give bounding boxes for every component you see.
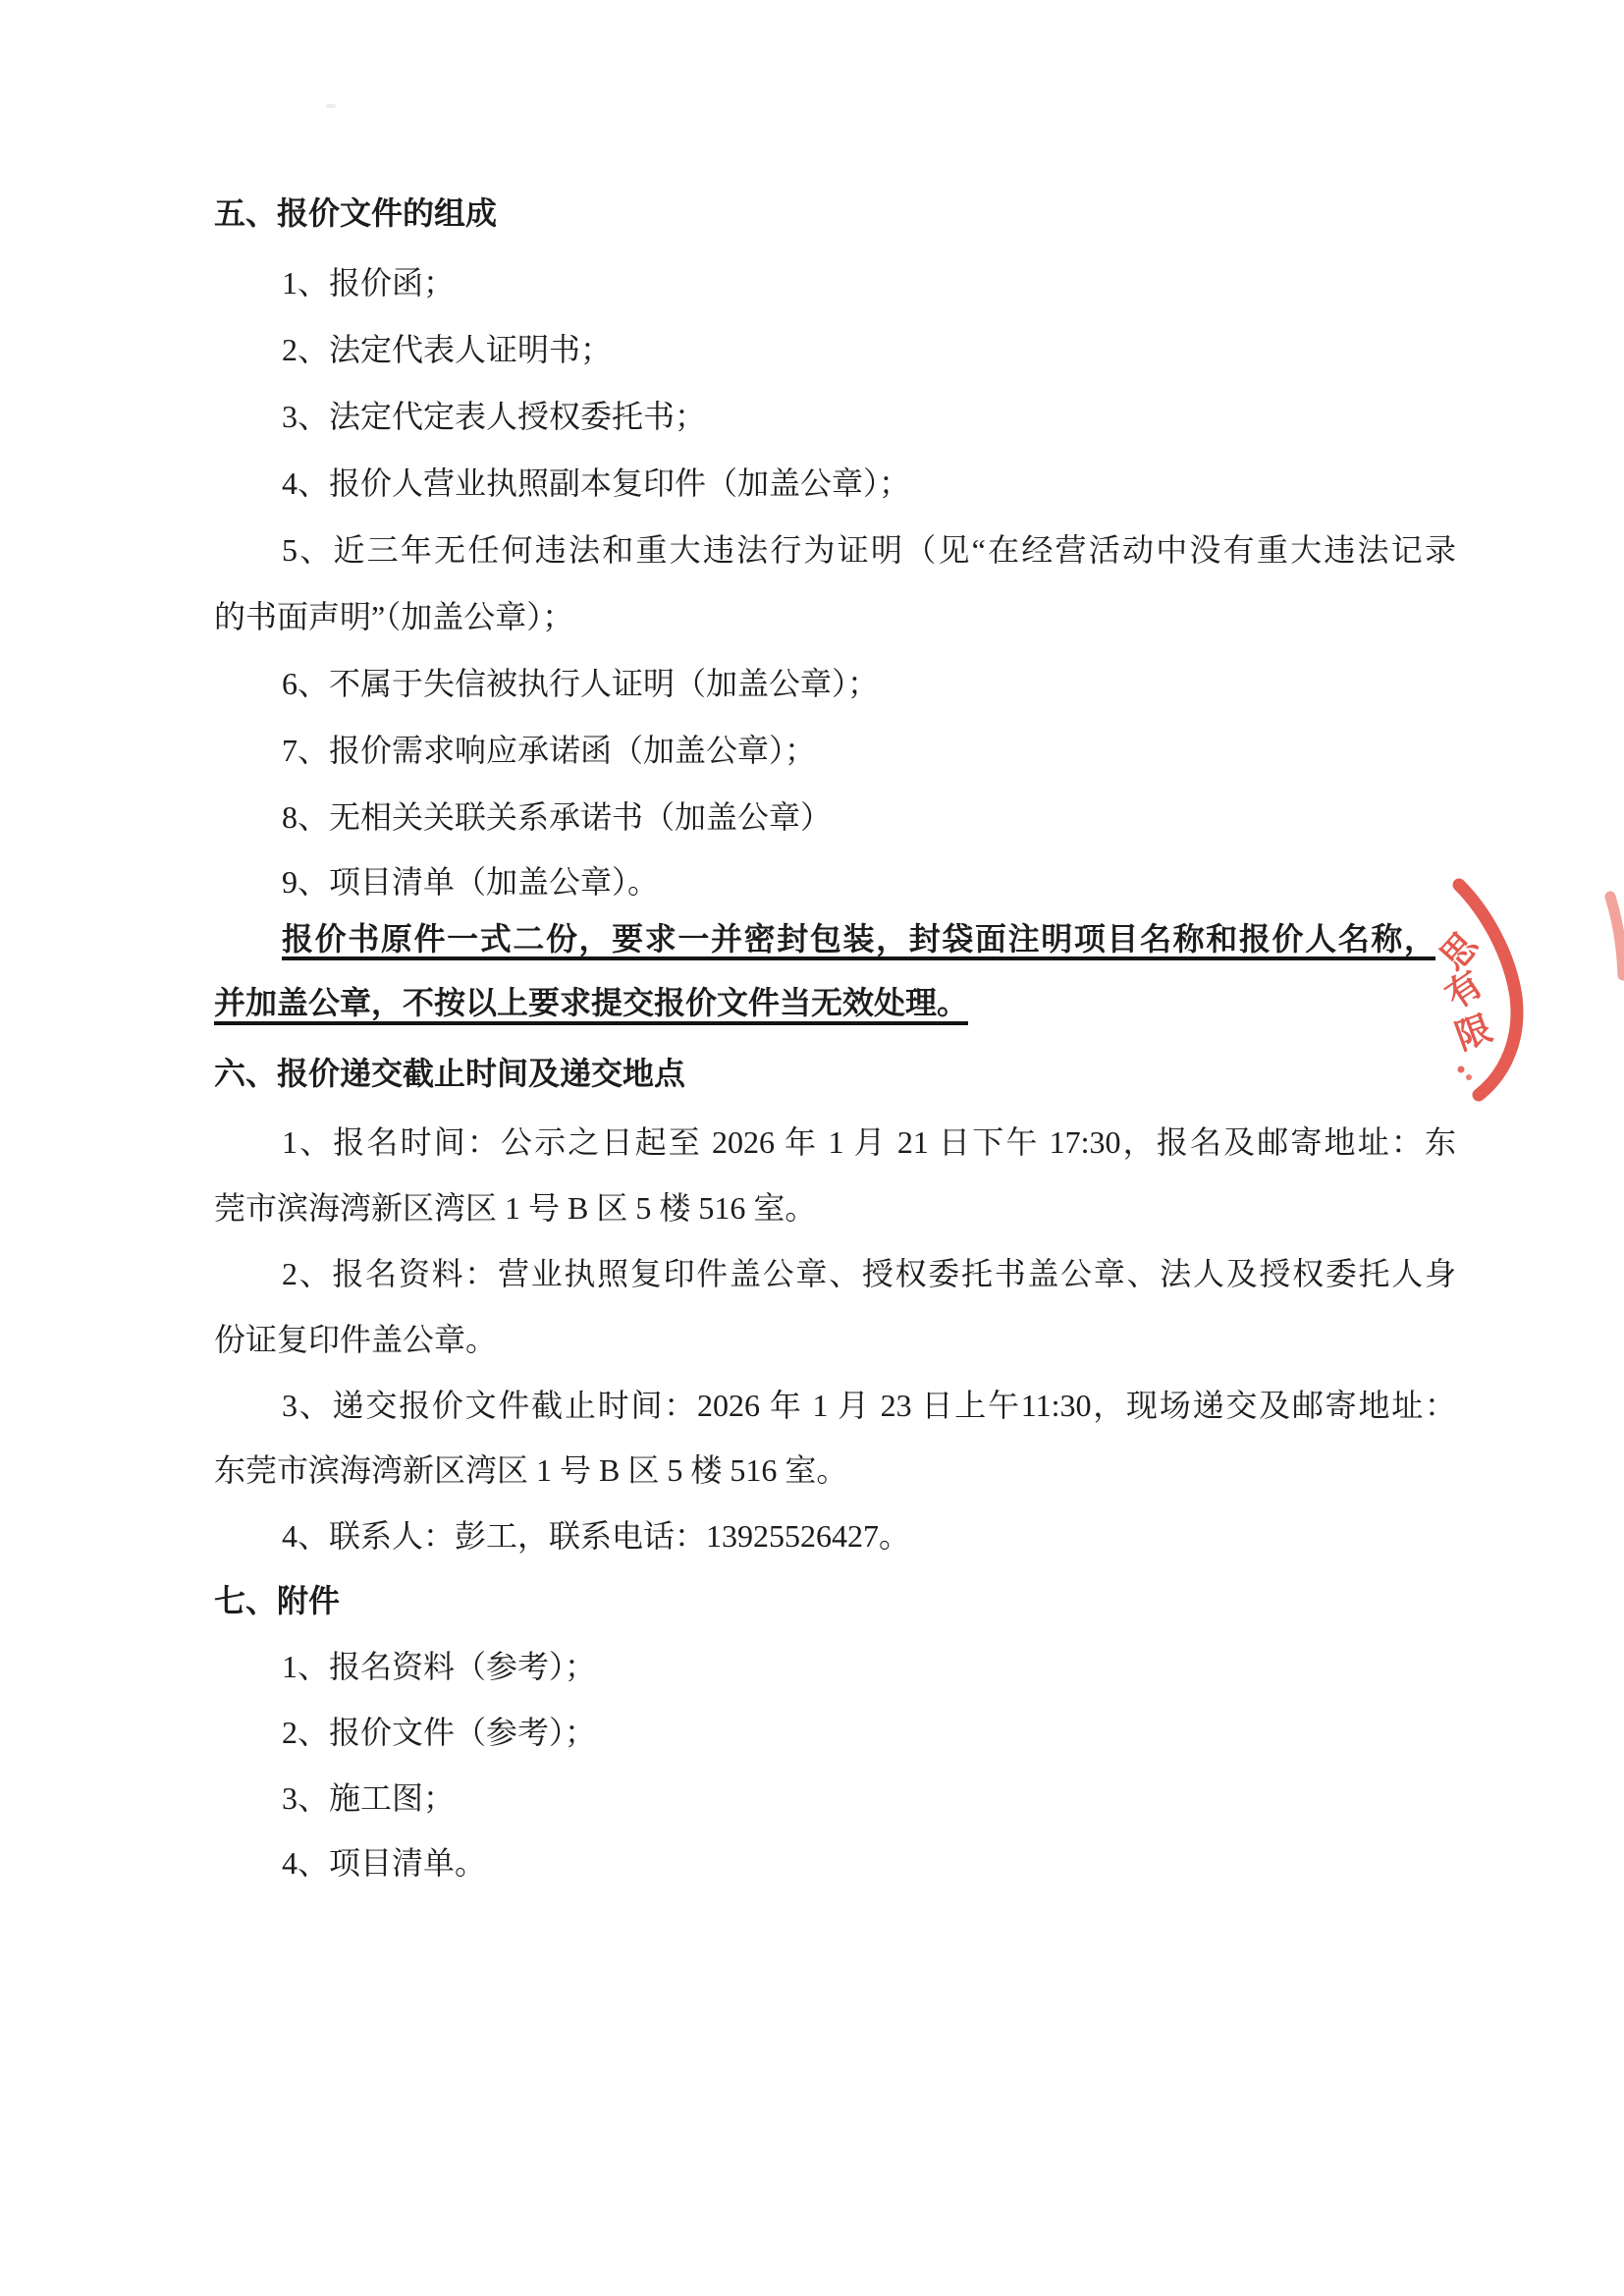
section6-line: 4、联系人：彭工，联系电话：13925526427。 [282,1516,910,1556]
section5-item: 5、近三年无任何违法和重大违法行为证明（见“在经营活动中没有重大违法记录 [282,530,1456,570]
section5-item: 7、报价需求响应承诺函（加盖公章）； [282,731,816,770]
section7-item: 1、报名资料（参考）； [282,1647,596,1686]
red-seal-stamp-icon: 思 有 限 [1414,840,1624,1134]
section5-item-continuation: 的书面声明”（加盖公章）； [214,597,573,636]
section7-item: 4、项目清单。 [282,1843,486,1883]
section6-line-continuation: 份证复印件盖公章。 [214,1320,497,1359]
sealed-package-notice-line2-text: 并加盖公章，不按以上要求提交报价文件当无效处理。 [214,985,968,1025]
sealed-package-notice-line1: 报价书原件一式二份，要求一并密封包装，封袋面注明项目名称和报价人名称， [282,921,1435,960]
seal-outer-arc [1610,897,1623,975]
section6-line: 2、报名资料：营业执照复印件盖公章、授权委托书盖公章、法人及授权委托人身 [282,1254,1456,1293]
section5-item: 1、报价函； [282,263,455,302]
section6-line-continuation: 东莞市滨海湾新区湾区 1 号 B 区 5 楼 516 室。 [214,1450,847,1490]
section5-heading: 五、报价文件的组成 [214,193,497,233]
sealed-package-notice-line2: 并加盖公章，不按以上要求提交报价文件当无效处理。 [214,983,968,1022]
section7-heading: 七、附件 [214,1581,340,1620]
document-page: 五、报价文件的组成 1、报价函； 2、法定代表人证明书； 3、法定代定表人授权委… [0,0,1624,2296]
section7-item: 3、施工图； [282,1778,455,1818]
section6-line: 1、报名时间：公示之日起至 2026 年 1 月 21 日下午 17:30，报名… [282,1122,1456,1162]
seal-dot [1466,1074,1472,1080]
section5-item: 9、项目清单（加盖公章）。 [282,862,659,902]
section6-line: 3、递交报价文件截止时间：2026 年 1 月 23 日上午11:30，现场递交… [282,1386,1456,1425]
section5-item: 2、法定代表人证明书； [282,330,612,369]
scan-speck [326,104,336,108]
seal-char: 限 [1450,1009,1497,1058]
section6-line-continuation: 莞市滨海湾新区湾区 1 号 B 区 5 楼 516 室。 [214,1188,816,1228]
seal-dot [1458,1066,1465,1073]
section5-item: 4、报价人营业执照副本复印件（加盖公章）； [282,464,910,503]
section5-item: 3、法定代定表人授权委托书； [282,397,706,436]
section6-heading: 六、报价递交截止时间及递交地点 [214,1054,685,1093]
section5-item: 8、无相关关联关系承诺书（加盖公章） [282,797,832,837]
section5-item: 6、不属于失信被执行人证明（加盖公章）； [282,664,879,703]
section7-item: 2、报价文件（参考）； [282,1713,596,1752]
